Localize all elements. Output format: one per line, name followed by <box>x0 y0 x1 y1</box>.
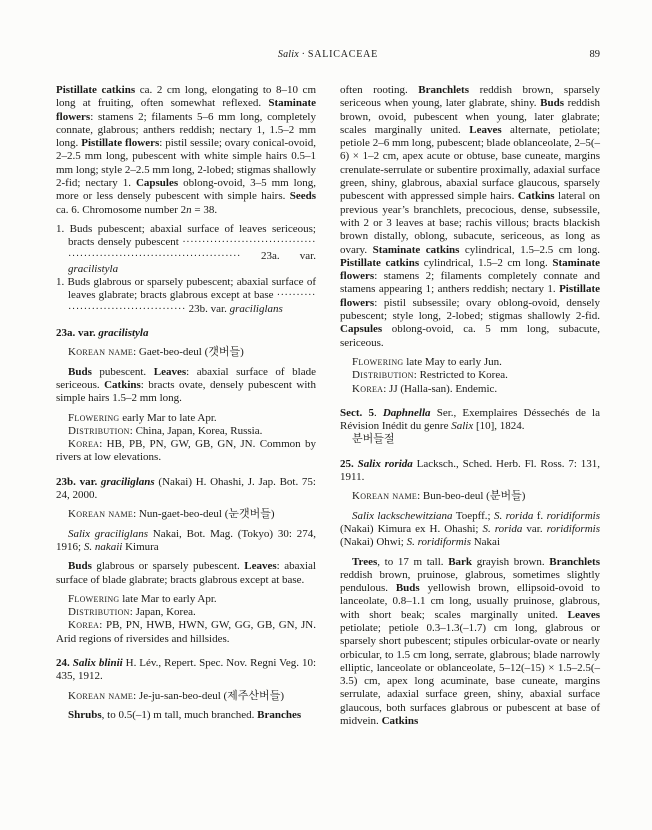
running-title-family: SALICACEAE <box>308 49 378 60</box>
heading-block: 23a. var. gracilistyla <box>56 327 316 340</box>
text-run: Catkins <box>518 190 555 202</box>
text-run: 25. <box>340 458 358 470</box>
field-block: Distribution: China, Japan, Korea, Russi… <box>56 425 316 438</box>
text-run: Salix rorida <box>358 458 413 470</box>
text-run: Salix blinii <box>73 657 123 669</box>
text-run: gracilistyla <box>68 263 118 275</box>
text-run: . <box>374 407 383 419</box>
field-block: Distribution: Restricted to Korea. <box>340 369 600 382</box>
korean-block: Korean name: Bun-beo-deul (분버들) <box>340 490 600 503</box>
text-run: Pistillate catkins <box>340 257 419 269</box>
text-run: (Nakai) Ohwi; <box>340 536 407 548</box>
text-run: roridiformis <box>547 523 600 535</box>
text-run: (Nakai) Kimura ex H. Ohashi; <box>340 523 482 535</box>
key-block: 1. Buds glabrous or sparsely pubescent; … <box>56 276 316 316</box>
text-run: Korean name <box>68 508 133 520</box>
field-block: Korea: PB, PN, HWB, HWN, GW, GG, GB, GN,… <box>56 619 316 646</box>
left-column: Pistillate catkins ca. 2 cm long, elonga… <box>56 84 316 728</box>
text-run: Leaves <box>244 560 276 572</box>
text-run: 24. <box>56 657 73 669</box>
text-run: Leaves <box>568 609 600 621</box>
text-run: Branchlets <box>418 84 469 96</box>
para-block: Shrubs, to 0.5(–1) m tall, much branched… <box>56 709 316 722</box>
text-run: Catkins <box>382 715 419 727</box>
para-block: Trees, to 17 m tall. Bark grayish brown.… <box>340 556 600 729</box>
text-run: Distribution <box>68 606 130 618</box>
text-run: Flowering <box>68 593 119 605</box>
text-run: : Je-ju-san-beo-deul (제주산버들) <box>133 690 284 702</box>
text-run: late May to early Jun. <box>403 356 501 368</box>
text-run: Korean name <box>68 690 133 702</box>
text-run: , to 17 m tall. <box>377 556 448 568</box>
text-run: [10], 1824. <box>473 420 524 432</box>
field-block: Korea: JJ (Halla-san). Endemic. <box>340 383 600 396</box>
text-run: f. <box>533 510 546 522</box>
text-run: often rooting. <box>340 84 418 96</box>
heading-block: 24. Salix blinii H. Lév., Repert. Spec. … <box>56 657 316 684</box>
text-run: cylindrical, 1.5–2 cm long. <box>419 257 552 269</box>
para-block: Buds pubescent. Leaves: abaxial surface … <box>56 366 316 406</box>
text-run: graciliglans <box>230 303 283 315</box>
kplain-block: 분버들절 <box>340 433 600 446</box>
text-run: grayish brown. <box>472 556 549 568</box>
text-run: = 38. <box>192 204 217 216</box>
text-run: Nakai <box>471 536 500 548</box>
text-run: Toepff.; <box>453 510 494 522</box>
text-run: : Bun-beo-deul (분버들) <box>417 490 525 502</box>
text-run: 분버들절 <box>352 433 395 445</box>
text-run: Buds <box>396 582 420 594</box>
field-block: Flowering early Mar to late Apr. <box>56 412 316 425</box>
text-run: Buds <box>68 560 92 572</box>
text-run: , to 0.5(–1) m tall, much branched. <box>102 709 258 721</box>
text-run: Korean name <box>352 490 417 502</box>
text-run: Flowering <box>352 356 403 368</box>
text-run: Seeds <box>290 190 316 202</box>
text-run: S. nakaii <box>84 541 123 553</box>
korean-block: Korean name: Gaet-beo-deul (갯버들) <box>56 346 316 359</box>
korean-block: Korean name: Je-ju-san-beo-deul (제주산버들) <box>56 690 316 703</box>
text-run: 23b. var. <box>56 476 101 488</box>
text-run: Salix graciliglans <box>68 528 148 540</box>
text-run: S. rorida <box>494 510 533 522</box>
text-run: S. rorida <box>482 523 522 535</box>
field-block: Distribution: Japan, Korea. <box>56 606 316 619</box>
key-block: 1. Buds pubescent; abaxial surface of le… <box>56 223 316 276</box>
text-run: Shrubs <box>68 709 102 721</box>
page-number: 89 <box>590 49 601 60</box>
text-run: S. roridiformis <box>407 536 471 548</box>
text-run: : Nun-gaet-beo-deul (눈갯버들) <box>133 508 274 520</box>
text-run: glabrous or sparsely pubescent. <box>92 560 244 572</box>
field-block: Flowering late Mar to early Apr. <box>56 593 316 606</box>
text-run: Bark <box>448 556 472 568</box>
text-run: Branchlets <box>549 556 600 568</box>
text-run: Leaves <box>154 366 186 378</box>
text-run: Buds <box>68 366 92 378</box>
text-run: Pistillate catkins <box>56 84 135 96</box>
text-run: Korea <box>68 438 99 450</box>
text-run: ca. 6. Chromosome number 2 <box>56 204 186 216</box>
text-run: Salix <box>451 420 473 432</box>
text-run: Buds <box>540 97 564 109</box>
text-run: 23b. var. <box>186 303 230 315</box>
running-header: Salix · SALICACEAE 89 <box>56 49 600 65</box>
heading-block: 23b. var. graciliglans (Nakai) H. Ohashi… <box>56 476 316 503</box>
text-run: : Japan, Korea. <box>130 606 196 618</box>
running-title-genus: Salix <box>278 49 299 60</box>
text-run: Distribution <box>68 425 130 437</box>
right-column: often rooting. Branchlets reddish brown,… <box>340 84 600 728</box>
para-block: Buds glabrous or sparsely pubescent. Lea… <box>56 560 316 587</box>
text-run: Pistillate flowers <box>81 137 159 149</box>
heading-block: 25. Salix rorida Lacksch., Sched. Herb. … <box>340 458 600 485</box>
text-run: Catkins <box>104 379 141 391</box>
korean-block: Korean name: Nun-gaet-beo-deul (눈갯버들) <box>56 508 316 521</box>
para-block: Pistillate catkins ca. 2 cm long, elonga… <box>56 84 316 217</box>
running-title: Salix · SALICACEAE <box>56 49 600 60</box>
text-run: Leaves <box>469 124 501 136</box>
syn-block: Salix graciliglans Nakai, Bot. Mag. (Tok… <box>56 528 316 555</box>
text-run: gracilistyla <box>98 327 148 339</box>
text-run: : Restricted to Korea. <box>414 369 508 381</box>
text-run: late Mar to early Apr. <box>119 593 216 605</box>
text-run: petiolate; petiole 0.3–1.3(–1.7) cm long… <box>340 622 600 727</box>
text-run: Korea <box>68 619 99 631</box>
text-run: pubescent. <box>92 366 154 378</box>
field-block: Korea: HB, PB, PN, GW, GB, GN, JN. Commo… <box>56 438 316 465</box>
text-run: Distribution <box>352 369 414 381</box>
text-run: : JJ (Halla-san). Endemic. <box>383 383 497 395</box>
text-run: Trees <box>352 556 377 568</box>
text-run: : Gaet-beo-deul (갯버들) <box>133 346 244 358</box>
text-run: var. <box>522 523 546 535</box>
text-run: cylindrical, 1.5–2.5 cm long. <box>459 244 600 256</box>
text-run: Salix lackschewitziana <box>352 510 453 522</box>
text-run: roridiformis <box>547 510 600 522</box>
text-run: Korea <box>352 383 383 395</box>
text-run: Branches <box>257 709 301 721</box>
syn-block: Salix lackschewitziana Toepff.; S. rorid… <box>340 510 600 550</box>
text-run: 23a. var. <box>56 327 98 339</box>
text-run: 23a. var. <box>241 250 316 262</box>
text-run: Staminate catkins <box>373 244 460 256</box>
text-run: Sect. 5 <box>340 407 374 419</box>
text-run: Daphnella <box>383 407 431 419</box>
field-block: Flowering late May to early Jun. <box>340 356 600 369</box>
text-columns: Pistillate catkins ca. 2 cm long, elonga… <box>56 84 600 728</box>
text-run: : pistil subsessile; ovary oblong-ovoid,… <box>340 297 600 322</box>
text-run: Korean name <box>68 346 133 358</box>
sect-block: Sect. 5. Daphnella Ser., Exemplaires Dés… <box>340 407 600 434</box>
text-run: Flowering <box>68 412 119 424</box>
book-page: Salix · SALICACEAE 89 Pistillate catkins… <box>0 0 652 830</box>
para-block: often rooting. Branchlets reddish brown,… <box>340 84 600 350</box>
text-run: Capsules <box>340 323 382 335</box>
text-run: early Mar to late Apr. <box>119 412 216 424</box>
text-run: Capsules <box>136 177 178 189</box>
running-title-separator: · <box>302 49 306 60</box>
text-run: : China, Japan, Korea, Russia. <box>130 425 263 437</box>
text-run: graciliglans <box>101 476 155 488</box>
text-run: Kimura <box>122 541 158 553</box>
